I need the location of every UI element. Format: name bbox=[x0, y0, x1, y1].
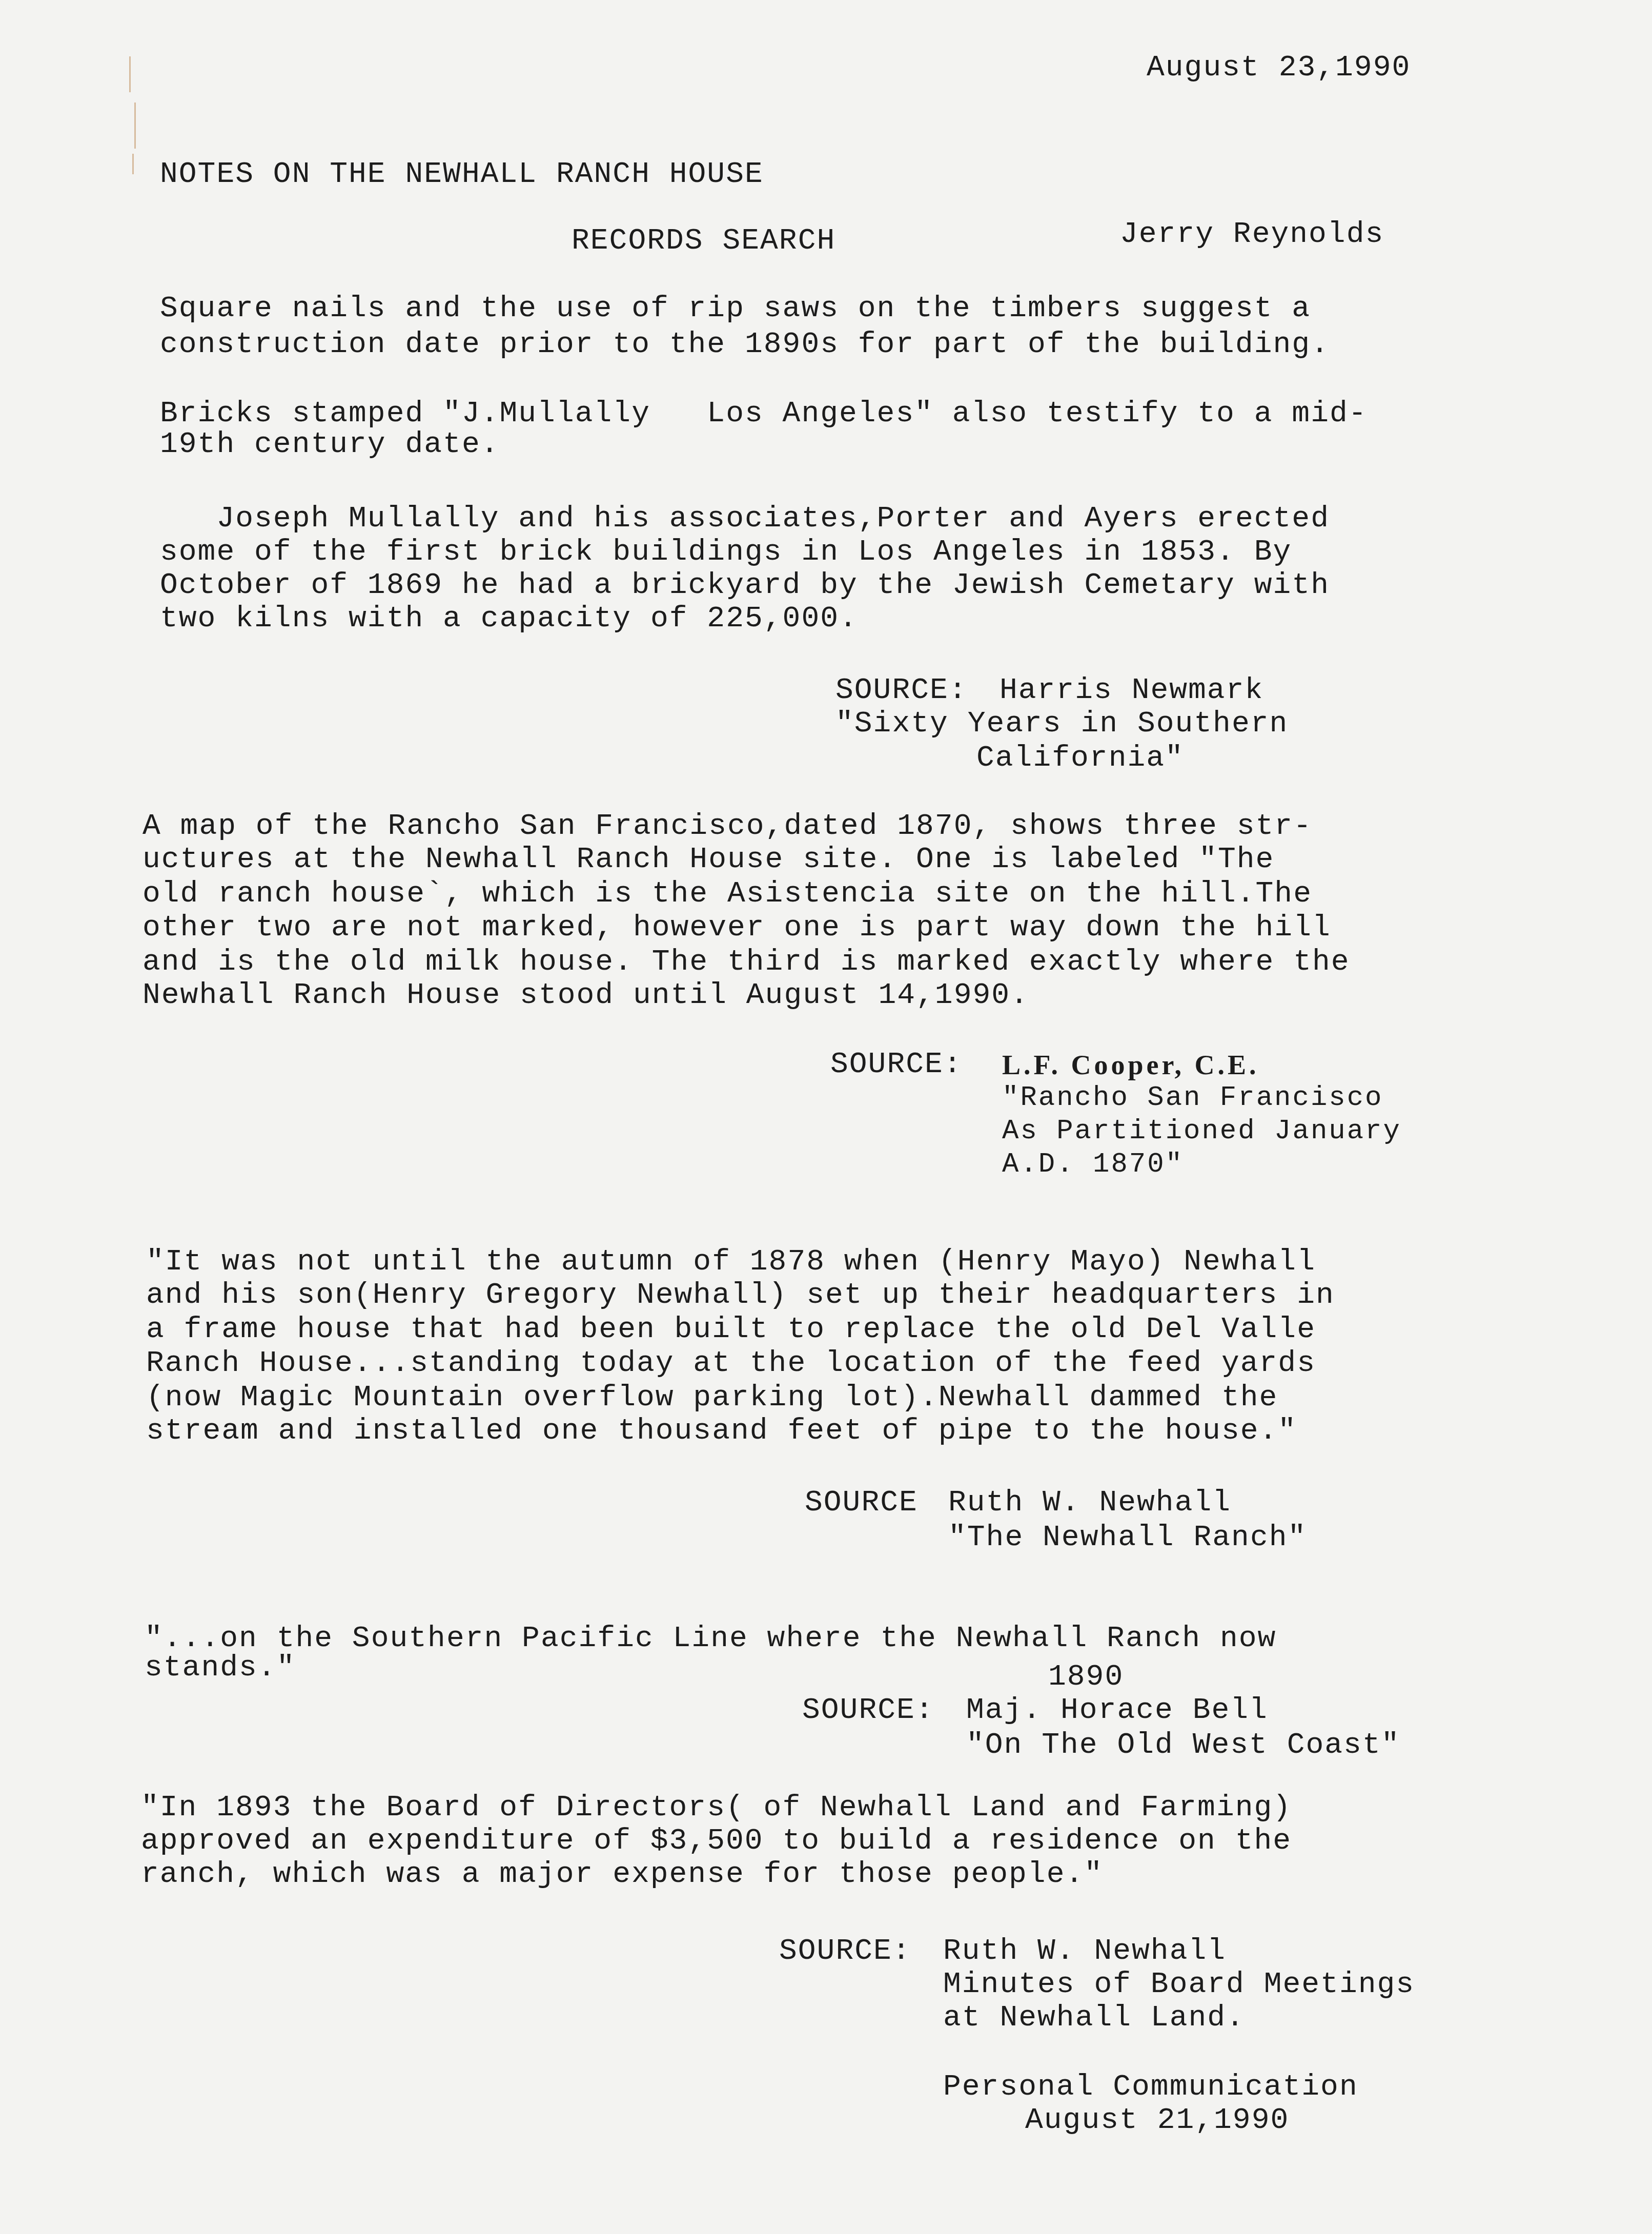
paragraph-line: Square nails and the use of rip saws on … bbox=[160, 292, 1311, 326]
source-title-line: As Partitioned January bbox=[1002, 1115, 1401, 1149]
source-note-line: Personal Communication bbox=[943, 2071, 1358, 2104]
paragraph-line: "It was not until the autumn of 1878 whe… bbox=[146, 1245, 1316, 1279]
paragraph-line: October of 1869 he had a brickyard by th… bbox=[160, 569, 1330, 603]
paragraph-line: other two are not marked, however one is… bbox=[142, 911, 1331, 945]
source-author: L.F. Cooper, C.E. bbox=[1002, 1048, 1259, 1082]
paragraph-line: "In 1893 the Board of Directors( of Newh… bbox=[141, 1791, 1292, 1825]
source-year: 1890 bbox=[1048, 1661, 1124, 1694]
typewritten-document-page: August 23,1990 NOTES ON THE NEWHALL RANC… bbox=[0, 0, 1652, 2234]
source-title-line: Minutes of Board Meetings bbox=[943, 1968, 1415, 2002]
paragraph-line: (now Magic Mountain overflow parking lot… bbox=[146, 1381, 1278, 1415]
margin-stain-mark bbox=[129, 56, 131, 92]
paragraph-line: Ranch House...standing today at the loca… bbox=[146, 1347, 1316, 1381]
paragraph-line: 19th century date. bbox=[160, 428, 500, 462]
paragraph-line: stream and installed one thousand feet o… bbox=[146, 1415, 1297, 1448]
source-title-line: California" bbox=[976, 742, 1184, 775]
source-note-line: August 21,1990 bbox=[1025, 2104, 1289, 2138]
source-title-line: "The Newhall Ranch" bbox=[948, 1521, 1307, 1555]
source-author: Maj. Horace Bell bbox=[966, 1694, 1268, 1728]
source-title-line: "Rancho San Francisco bbox=[1002, 1081, 1383, 1115]
paragraph-line: and is the old milk house. The third is … bbox=[142, 946, 1350, 979]
source-title-line: "On The Old West Coast" bbox=[966, 1729, 1400, 1762]
paragraph-line: A map of the Rancho San Francisco,dated … bbox=[142, 810, 1312, 844]
margin-stain-mark bbox=[132, 154, 134, 174]
paragraph-line: Newhall Ranch House stood until August 1… bbox=[142, 979, 1029, 1013]
paragraph-line: a frame house that had been built to rep… bbox=[146, 1313, 1316, 1347]
source-label: SOURCE: bbox=[835, 674, 968, 708]
source-label: SOURCE: bbox=[802, 1694, 934, 1728]
document-subtitle: RECORDS SEARCH bbox=[572, 224, 835, 258]
paragraph-line: uctures at the Newhall Ranch House site.… bbox=[142, 843, 1274, 877]
source-label: SOURCE: bbox=[779, 1935, 911, 1969]
paragraph-line: approved an expenditure of $3,500 to bui… bbox=[141, 1825, 1292, 1858]
paragraph-line: stands." bbox=[145, 1651, 295, 1685]
source-label: SOURCE: bbox=[830, 1048, 963, 1082]
paragraph-line: ranch, which was a major expense for tho… bbox=[141, 1858, 1103, 1892]
paragraph-line: Joseph Mullally and his associates,Porte… bbox=[160, 502, 1330, 536]
document-title: NOTES ON THE NEWHALL RANCH HOUSE bbox=[160, 158, 764, 192]
paragraph-line: old ranch house`, which is the Asistenci… bbox=[142, 877, 1312, 911]
source-title-line: A.D. 1870" bbox=[1002, 1148, 1184, 1182]
source-author: Ruth W. Newhall bbox=[943, 1935, 1226, 1969]
document-date: August 23,1990 bbox=[1147, 51, 1411, 85]
source-author: Ruth W. Newhall bbox=[948, 1486, 1231, 1520]
paragraph-line: and his son(Henry Gregory Newhall) set u… bbox=[146, 1279, 1335, 1313]
source-title-line: at Newhall Land. bbox=[943, 2001, 1245, 2035]
paragraph-line: two kilns with a capacity of 225,000. bbox=[160, 602, 858, 636]
document-author: Jerry Reynolds bbox=[1120, 218, 1384, 252]
source-label: SOURCE bbox=[805, 1486, 918, 1520]
paragraph-line: "...on the Southern Pacific Line where t… bbox=[145, 1622, 1276, 1656]
margin-stain-mark bbox=[134, 103, 136, 149]
source-author: Harris Newmark bbox=[1000, 674, 1263, 708]
source-title-line: "Sixty Years in Southern bbox=[835, 707, 1288, 741]
paragraph-line: some of the first brick buildings in Los… bbox=[160, 536, 1292, 569]
paragraph-line: Bricks stamped "J.Mullally Los Angeles" … bbox=[160, 397, 1368, 431]
paragraph-line: construction date prior to the 1890s for… bbox=[160, 328, 1330, 362]
